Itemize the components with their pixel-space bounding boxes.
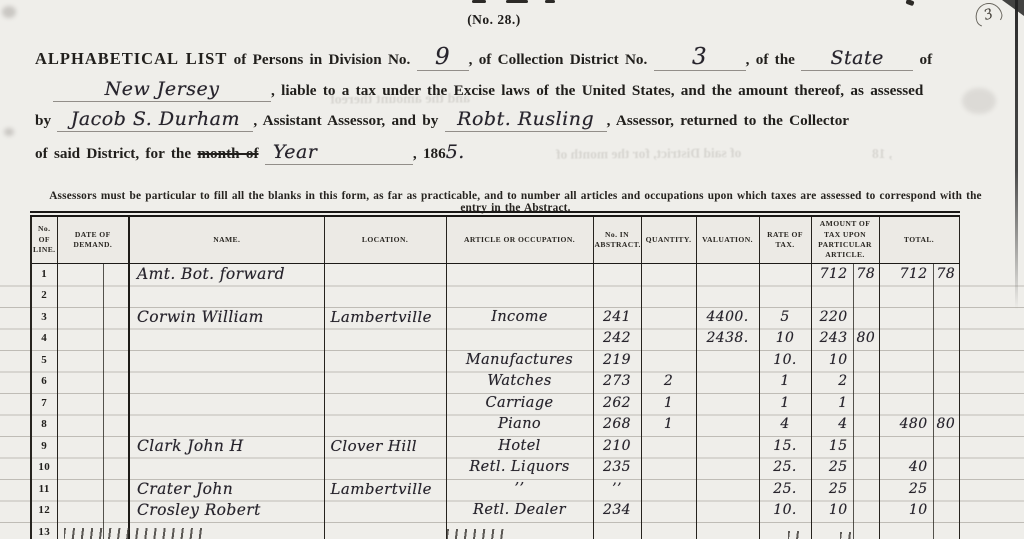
col-header-total: TOTAL. [879,216,959,263]
valuation-cell [696,349,759,371]
total-cents-cell: 80 [933,414,959,436]
table-row: 7 Carriage 262 1 1 1 [31,392,959,414]
amount-dollars-cell: 2 [811,371,853,393]
total-dollars-cell [879,371,933,393]
amount-dollars-cell: 4 [811,414,853,436]
valuation-cell [696,500,759,522]
date-of-demand-cell [57,414,103,436]
rate-cell: 4 [759,414,811,436]
form-title: ALPHABETICAL LIST [35,49,227,68]
article-cell [446,328,593,350]
total-dollars-cell: 25 [879,478,933,500]
abstract-number-cell: 273 [593,371,641,393]
date-of-demand-subcell [103,371,129,393]
total-cents-cell [933,328,959,350]
state-name-blank: New Jersey [53,79,271,102]
period-blank: Year [265,142,413,165]
form-number: (No. 28.) [0,12,1006,28]
name-cell [129,285,324,307]
quantity-cell [641,435,696,457]
location-cell: Lambertville [324,306,446,328]
col-header-line-no: No. OF LINE. [31,216,57,263]
amount-cents-cell [853,435,879,457]
valuation-cell [696,457,759,479]
ink-smudge [4,128,14,136]
valuation-cell [696,521,759,539]
line-number: 12 [31,500,57,522]
amount-cents-cell [853,349,879,371]
total-dollars-cell [879,521,933,539]
article-cell [446,263,593,285]
date-of-demand-subcell [103,263,129,285]
header-text: , 186 [413,145,446,162]
header-text: , Assistant Assessor, and by [253,112,438,129]
article-cell: Hotel [446,435,593,457]
abstract-number-cell: 219 [593,349,641,371]
total-cents-cell [933,349,959,371]
amount-dollars-cell: 712 [811,263,853,285]
header-text: , liable to a tax under the Excise laws … [271,82,923,99]
date-of-demand-subcell [103,392,129,414]
date-of-demand-subcell [103,349,129,371]
table-row: 4 242 2438. 10 243 80 [31,328,959,350]
cutoff-handwriting-marks [64,528,202,539]
table-row: 12 Crosley Robert Retl. Dealer 234 10. 1… [31,500,959,522]
state-name-handwritten: New Jersey [105,78,220,100]
header-text: , Assessor, returned to the Collector [607,112,849,129]
total-dollars-cell [879,392,933,414]
valuation-cell: 2438. [696,328,759,350]
cutoff-text-fragment [905,0,914,6]
line-number: 7 [31,392,57,414]
header-text: by [35,112,51,129]
cutoff-handwriting-marks [447,529,509,539]
line-number: 3 [31,306,57,328]
table-row: 8 Piano 268 1 4 4 480 80 [31,414,959,436]
table-row: 6 Watches 273 2 1 2 [31,371,959,393]
abstract-number-cell: 235 [593,457,641,479]
location-cell [324,500,446,522]
rate-cell [759,263,811,285]
cutoff-text-fragment [506,0,528,3]
col-header-article: ARTICLE OR OCCUPATION. [446,216,593,263]
amount-dollars-cell: 15 [811,435,853,457]
line-number: 5 [31,349,57,371]
valuation-cell [696,435,759,457]
table-row: 9 Clark John H Clover Hill Hotel 210 15.… [31,435,959,457]
amount-dollars-cell [811,285,853,307]
total-cents-cell: 78 [933,263,959,285]
abstract-number-cell [593,521,641,539]
state-word-blank: State [801,48,913,71]
rate-cell: 1 [759,392,811,414]
abstract-number-cell: 242 [593,328,641,350]
name-cell: Crosley Robert [129,500,324,522]
line-number: 9 [31,435,57,457]
cutoff-handwriting-marks [788,531,804,539]
abstract-number-cell [593,263,641,285]
amount-dollars-cell: 10 [811,349,853,371]
total-cents-cell [933,371,959,393]
name-cell [129,457,324,479]
valuation-cell: 4400. [696,306,759,328]
col-header-abstract-no: No. IN ABSTRACT. [593,216,641,263]
total-cents-cell [933,435,959,457]
valuation-cell [696,371,759,393]
date-of-demand-cell [57,306,103,328]
date-of-demand-cell [57,500,103,522]
name-cell [129,371,324,393]
amount-dollars-cell: 1 [811,392,853,414]
total-dollars-cell: 40 [879,457,933,479]
name-cell: Clark John H [129,435,324,457]
table-row: 3 Corwin William Lambertville Income 241… [31,306,959,328]
district-number-handwritten: 3 [692,44,707,70]
date-of-demand-cell [57,435,103,457]
total-cents-cell [933,521,959,539]
abstract-number-cell: ’’ [593,478,641,500]
abstract-number-cell: 262 [593,392,641,414]
location-cell [324,457,446,479]
date-of-demand-subcell [103,435,129,457]
article-cell: Income [446,306,593,328]
valuation-cell [696,478,759,500]
date-of-demand-cell [57,392,103,414]
article-cell: Carriage [446,392,593,414]
date-of-demand-cell [57,478,103,500]
article-cell: Watches [446,371,593,393]
valuation-cell [696,263,759,285]
article-cell: ’’ [446,478,593,500]
name-cell [129,414,324,436]
scanned-tax-form-page: and the amount thereof of said District,… [0,0,1024,539]
location-cell [324,414,446,436]
line-number: 13 [31,521,57,539]
cutoff-handwriting-marks [840,532,852,539]
total-cents-cell [933,478,959,500]
amount-dollars-cell: 220 [811,306,853,328]
location-cell [324,521,446,539]
header-text: of Persons in Division No. [234,51,411,68]
location-cell: Clover Hill [324,435,446,457]
date-of-demand-subcell [103,328,129,350]
name-cell: Amt. Bot. forward [129,263,324,285]
total-dollars-cell [879,328,933,350]
line-number: 1 [31,263,57,285]
quantity-cell: 2 [641,371,696,393]
quantity-cell [641,521,696,539]
col-header-date-of-demand: DATE OF DEMAND. [57,216,129,263]
total-dollars-cell: 712 [879,263,933,285]
article-cell: Piano [446,414,593,436]
location-cell [324,285,446,307]
total-dollars-cell [879,435,933,457]
line-number: 8 [31,414,57,436]
amount-cents-cell: 80 [853,328,879,350]
total-cents-cell [933,392,959,414]
total-cents-cell [933,285,959,307]
valuation-cell [696,285,759,307]
amount-cents-cell [853,306,879,328]
amount-cents-cell [853,285,879,307]
date-of-demand-cell [57,457,103,479]
date-of-demand-subcell [103,285,129,307]
rate-cell [759,285,811,307]
form-header: ALPHABETICAL LIST of Persons in Division… [35,44,964,169]
date-of-demand-subcell [103,457,129,479]
abstract-number-cell: 268 [593,414,641,436]
date-of-demand-subcell [103,306,129,328]
amount-cents-cell [853,457,879,479]
date-of-demand-subcell [103,500,129,522]
assistant-assessor-name: Jacob S. Durham [71,108,240,130]
quantity-cell [641,349,696,371]
amount-cents-cell [853,392,879,414]
assessment-table: No. OF LINE. DATE OF DEMAND. NAME. LOCAT… [30,215,960,539]
col-header-name: NAME. [129,216,324,263]
date-of-demand-subcell [103,478,129,500]
line-number: 11 [31,478,57,500]
date-of-demand-cell [57,285,103,307]
assessor-blank: Robt. Rusling [445,109,607,132]
quantity-cell [641,285,696,307]
rate-cell: 5 [759,306,811,328]
article-cell: Retl. Liquors [446,457,593,479]
abstract-number-cell: 210 [593,435,641,457]
article-cell: Manufactures [446,349,593,371]
location-cell [324,328,446,350]
amount-dollars-cell: 25 [811,457,853,479]
name-cell [129,328,324,350]
abstract-number-cell [593,285,641,307]
location-cell: Lambertville [324,478,446,500]
name-cell: Crater John [129,478,324,500]
rate-cell: 1 [759,371,811,393]
rate-cell: 25. [759,457,811,479]
cutoff-text-fragment [545,0,555,3]
amount-cents-cell [853,478,879,500]
article-cell: Retl. Dealer [446,500,593,522]
line-number: 10 [31,457,57,479]
name-cell [129,392,324,414]
bleedthrough-smudge [962,88,996,114]
assessment-table-wrap: No. OF LINE. DATE OF DEMAND. NAME. LOCAT… [30,215,960,539]
rate-cell: 15. [759,435,811,457]
table-row: 5 Manufactures 219 10. 10 [31,349,959,371]
date-of-demand-cell [57,371,103,393]
total-cents-cell [933,500,959,522]
total-cents-cell [933,306,959,328]
rate-cell: 10 [759,328,811,350]
location-cell [324,371,446,393]
rate-cell: 10. [759,500,811,522]
name-cell [129,349,324,371]
date-of-demand-cell [57,263,103,285]
header-text: of [920,51,933,68]
amount-cents-cell: 78 [853,263,879,285]
total-dollars-cell: 10 [879,500,933,522]
district-number-blank: 3 [654,47,746,71]
header-text: , of Collection District No. [469,51,648,68]
col-header-location: LOCATION. [324,216,446,263]
assessor-name: Robt. Rusling [457,108,594,130]
location-cell [324,263,446,285]
state-word-handwritten: State [831,47,884,69]
valuation-cell [696,392,759,414]
quantity-cell [641,478,696,500]
amount-dollars-cell: 10 [811,500,853,522]
valuation-cell [696,414,759,436]
quantity-cell [641,306,696,328]
amount-dollars-cell: 25 [811,478,853,500]
line-number: 2 [31,285,57,307]
total-dollars-cell [879,285,933,307]
period-handwritten: Year [273,141,318,163]
name-cell: Corwin William [129,306,324,328]
location-cell [324,349,446,371]
abstract-number-cell: 241 [593,306,641,328]
table-row: 1 Amt. Bot. forward 712 78 712 78 [31,263,959,285]
table-row: 2 [31,285,959,307]
rate-cell: 25. [759,478,811,500]
amount-dollars-cell: 243 [811,328,853,350]
abstract-number-cell: 234 [593,500,641,522]
year-digit-handwritten: 5. [446,141,465,163]
quantity-cell: 1 [641,414,696,436]
col-header-amount: AMOUNT OF TAX UPON PARTICULAR ARTICLE. [811,216,879,263]
col-header-valuation: VALUATION. [696,216,759,263]
date-of-demand-cell [57,328,103,350]
amount-cents-cell [853,371,879,393]
total-dollars-cell [879,306,933,328]
table-row: 11 Crater John Lambertville ’’ ’’ 25. 25… [31,478,959,500]
total-dollars-cell [879,349,933,371]
date-of-demand-cell [57,349,103,371]
rate-cell: 10. [759,349,811,371]
line-number: 4 [31,328,57,350]
date-of-demand-subcell [103,414,129,436]
amount-cents-cell [853,414,879,436]
assistant-assessor-blank: Jacob S. Durham [57,109,253,132]
struck-month-of: month of [197,145,258,162]
division-number-handwritten: 9 [435,44,450,70]
table-row: 10 Retl. Liquors 235 25. 25 40 [31,457,959,479]
header-text: , of the [746,51,795,68]
article-cell [446,285,593,307]
cutoff-text-fragment [472,0,486,3]
division-number-blank: 9 [417,47,469,71]
amount-cents-cell [853,521,879,539]
quantity-cell [641,328,696,350]
header-text: of said District, for the [35,145,191,162]
location-cell [324,392,446,414]
col-header-rate: RATE OF TAX. [759,216,811,263]
quantity-cell: 1 [641,392,696,414]
amount-cents-cell [853,500,879,522]
total-cents-cell [933,457,959,479]
total-dollars-cell: 480 [879,414,933,436]
quantity-cell [641,263,696,285]
page-edge-shadow [1015,0,1018,310]
table-body: 1 Amt. Bot. forward 712 78 712 78 [31,263,959,539]
quantity-cell [641,500,696,522]
line-number: 6 [31,371,57,393]
col-header-quantity: QUANTITY. [641,216,696,263]
quantity-cell [641,457,696,479]
table-header: No. OF LINE. DATE OF DEMAND. NAME. LOCAT… [31,216,959,263]
